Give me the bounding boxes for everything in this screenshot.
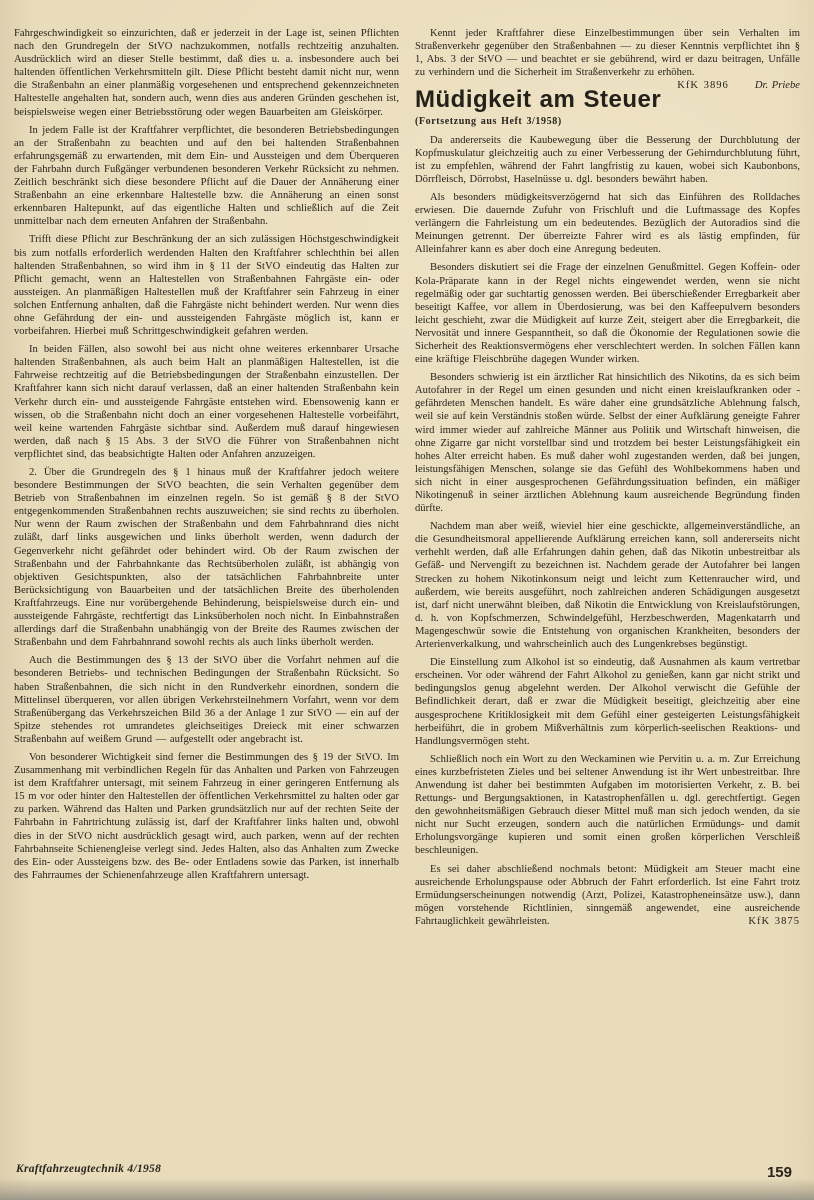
kfk-code: KfK 3875 — [748, 916, 800, 927]
footer-journal-title: Kraftfahrzeugtechnik 4/1958 — [16, 1163, 161, 1175]
paragraph: Von besonderer Wichtigkeit sind ferner d… — [14, 751, 399, 882]
paragraph: Besonders schwierig ist ein ärztlicher R… — [415, 371, 800, 515]
paragraph: Als besonders müdigkeitsverzögernd hat s… — [415, 191, 800, 256]
paragraph: Nachdem man aber weiß, wieviel hier eine… — [415, 520, 800, 651]
author-name: Dr. Priebe — [755, 80, 800, 91]
paragraph: Die Einstellung zum Alkohol ist so einde… — [415, 656, 800, 748]
paragraph: Besonders diskutiert sei die Frage der e… — [415, 261, 800, 366]
paragraph: 2. Über die Grundregeln des § 1 hinaus m… — [14, 466, 399, 649]
paragraph: Schließlich noch ein Wort zu den Weckami… — [415, 753, 800, 858]
paragraph: In beiden Fällen, also sowohl bei aus ni… — [14, 343, 399, 461]
paragraph: Fahrgeschwindigkeit so einzurichten, daß… — [14, 27, 399, 119]
closing-paragraph: Es sei daher abschließend nochmals beton… — [415, 863, 800, 928]
closing-paragraph-text: Es sei daher abschließend nochmals beton… — [415, 864, 800, 927]
article-signature: KfK 3896Dr. Priebe — [677, 79, 800, 92]
right-column: Kennt jeder Kraftfahrer diese Einzelbest… — [415, 27, 800, 1152]
article-title: Müdigkeit am Steuer — [415, 93, 800, 106]
closing-paragraph-text: Kennt jeder Kraftfahrer diese Einzelbest… — [415, 28, 800, 78]
article-header: Müdigkeit am Steuer (Fortsetzung aus Hef… — [415, 93, 800, 128]
article-signature: KfK 3875 — [748, 915, 800, 928]
footer-page-number: 159 — [767, 1164, 792, 1181]
paragraph: Trifft diese Pflicht zur Beschränkung de… — [14, 233, 399, 338]
two-column-text-area: Fahrgeschwindigkeit so einzurichten, daß… — [14, 27, 800, 1152]
closing-paragraph: Kennt jeder Kraftfahrer diese Einzelbest… — [415, 27, 800, 79]
paragraph: Da andererseits die Kaubewegung über die… — [415, 134, 800, 186]
left-column: Fahrgeschwindigkeit so einzurichten, daß… — [14, 27, 399, 1152]
paragraph: Auch die Bestimmungen des § 13 der StVO … — [14, 654, 399, 746]
article-subtitle: (Fortsetzung aus Heft 3/1958) — [415, 115, 800, 128]
journal-page: Fahrgeschwindigkeit so einzurichten, daß… — [0, 0, 814, 1200]
paragraph: In jedem Falle ist der Kraftfahrer verpf… — [14, 124, 399, 229]
kfk-code: KfK 3896 — [677, 80, 729, 91]
